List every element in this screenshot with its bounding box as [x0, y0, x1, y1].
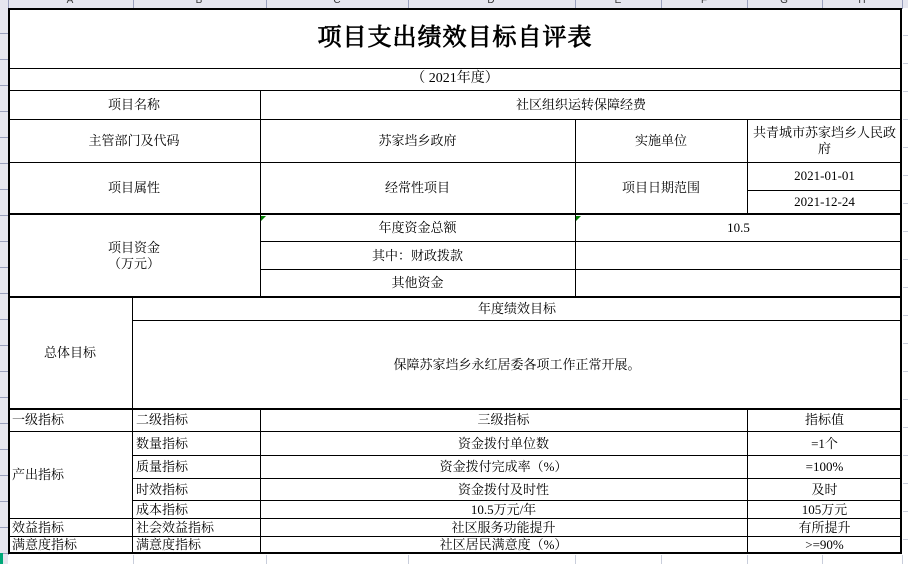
table-border [900, 8, 902, 554]
project-name-label[interactable]: 项目名称 [10, 91, 258, 118]
table-border [260, 408, 261, 554]
ind-value[interactable]: 有所提升 [749, 519, 900, 536]
funds-total-label[interactable]: 年度资金总额 [262, 215, 573, 241]
column-divider [408, 0, 409, 8]
ind-group-output[interactable]: 产出指标 [10, 432, 132, 518]
ind-level3[interactable]: 社区居民满意度（%） [262, 537, 745, 552]
ind-level2[interactable]: 满意度指标 [134, 537, 260, 552]
funds-other-value[interactable] [577, 270, 900, 296]
table-border [575, 119, 576, 296]
gridline [822, 555, 823, 564]
page-title: 项目支出绩效目标自评表 [10, 10, 900, 66]
table-border [747, 119, 748, 213]
column-divider [575, 0, 576, 8]
table-border [8, 552, 902, 554]
column-header-letter[interactable]: E [608, 0, 628, 6]
column-divider [661, 0, 662, 8]
ind-header-level3[interactable]: 三级指标 [262, 409, 745, 431]
annual-goal-content[interactable]: 保障苏家垱乡永红居委各项工作正常开展。 [134, 321, 900, 408]
column-header-letter[interactable]: F [694, 0, 714, 6]
attr-label[interactable]: 项目属性 [10, 163, 258, 212]
dept-label[interactable]: 主管部门及代码 [10, 120, 258, 161]
ind-level3[interactable]: 10.5万元/年 [262, 501, 745, 518]
ind-value[interactable]: =1个 [749, 432, 900, 455]
column-header-letter[interactable]: D [481, 0, 501, 6]
column-divider [133, 0, 134, 8]
impl-unit-label[interactable]: 实施单位 [577, 120, 745, 161]
funds-fiscal-label[interactable]: 其中：财政拨款 [262, 242, 573, 269]
column-header-letter[interactable]: C [327, 0, 347, 6]
ind-value[interactable]: 105万元 [749, 501, 900, 518]
ind-level3[interactable]: 资金拨付完成率（%） [262, 456, 745, 478]
funds-total-value[interactable]: 10.5 [577, 215, 900, 241]
column-header-letter[interactable]: G [774, 0, 794, 6]
funds-label-line2: （万元） [108, 256, 160, 272]
gridline [575, 555, 576, 564]
spreadsheet-viewport: A B C D E F G H [0, 0, 908, 564]
funds-label-line1: 项目资金 [108, 240, 160, 256]
ind-level3[interactable]: 资金拨付单位数 [262, 432, 745, 455]
ind-level2[interactable]: 时效指标 [134, 479, 260, 500]
ind-header-level2[interactable]: 二级指标 [134, 409, 260, 431]
column-divider [266, 0, 267, 8]
ind-group-benefit[interactable]: 效益指标 [10, 519, 132, 536]
column-divider [747, 0, 748, 8]
gridline [661, 555, 662, 564]
date-range-label[interactable]: 项目日期范围 [577, 163, 745, 212]
ind-level2[interactable]: 成本指标 [134, 501, 260, 518]
ind-value[interactable]: >=90% [749, 537, 900, 552]
gridline [266, 555, 267, 564]
overall-goal-label[interactable]: 总体目标 [10, 298, 130, 408]
column-divider [8, 0, 9, 8]
dept-value[interactable]: 苏家垱乡政府 [262, 120, 573, 161]
sheet-grid-bottom [8, 555, 903, 564]
ind-level2[interactable]: 数量指标 [134, 432, 260, 455]
column-divider [902, 0, 903, 8]
funds-fiscal-value[interactable] [577, 242, 900, 269]
column-header-letter[interactable]: A [60, 0, 80, 6]
annual-goal-header[interactable]: 年度绩效目标 [134, 298, 900, 320]
column-header-letter[interactable]: B [189, 0, 209, 6]
ind-level3[interactable]: 社区服务功能提升 [262, 519, 745, 536]
year-subtitle[interactable]: （ 2021年度） [10, 69, 900, 89]
column-divider [822, 0, 823, 8]
table-border [747, 408, 748, 554]
sheet-grid-right [903, 8, 908, 564]
funds-other-label[interactable]: 其他资金 [262, 270, 573, 296]
project-name-value[interactable]: 社区组织运转保障经费 [262, 91, 900, 118]
table-border [132, 296, 133, 554]
gridline [133, 555, 134, 564]
funds-label[interactable]: 项目资金 （万元） [10, 215, 258, 296]
attr-value[interactable]: 经常性项目 [262, 163, 573, 212]
column-header-letter[interactable]: H [852, 0, 872, 6]
ind-value[interactable]: 及时 [749, 479, 900, 500]
ind-level2[interactable]: 社会效益指标 [134, 519, 260, 536]
date-start-value[interactable]: 2021-01-01 [749, 163, 900, 189]
ind-header-value[interactable]: 指标值 [749, 409, 900, 431]
impl-unit-value[interactable]: 共青城市苏家垱乡人民政府 [749, 120, 900, 161]
sheet-selection-indicator [0, 553, 3, 564]
ind-level3[interactable]: 资金拨付及时性 [262, 479, 745, 500]
ind-level2[interactable]: 质量指标 [134, 456, 260, 478]
ind-header-level1[interactable]: 一级指标 [10, 409, 132, 431]
ind-value[interactable]: =100% [749, 456, 900, 478]
date-end-value[interactable]: 2021-12-24 [749, 191, 900, 212]
gridline [747, 555, 748, 564]
gridline [902, 555, 903, 564]
table-border [260, 90, 261, 296]
gridline [408, 555, 409, 564]
ind-group-satisfaction[interactable]: 满意度指标 [10, 537, 132, 552]
